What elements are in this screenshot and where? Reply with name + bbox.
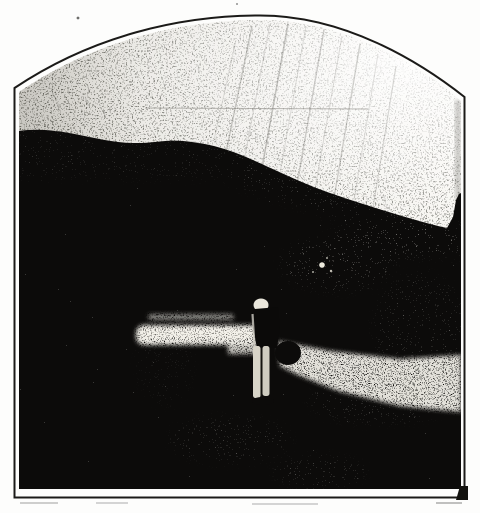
right-edge-shade (455, 100, 461, 200)
figure-coat (253, 307, 280, 348)
ink-speck (236, 3, 238, 5)
engraving-plate: Halftone engraving plate with arched top… (0, 0, 480, 513)
figure-right-leg (263, 346, 270, 396)
dark-bush (275, 341, 301, 365)
figure-left-leg (253, 346, 261, 398)
book-page: Halftone engraving plate with arched top… (0, 0, 480, 513)
ground-shadow (252, 397, 274, 405)
ink-speck (77, 17, 80, 20)
print-dashes-below-frame (20, 503, 462, 504)
plate-interior (0, 0, 480, 513)
